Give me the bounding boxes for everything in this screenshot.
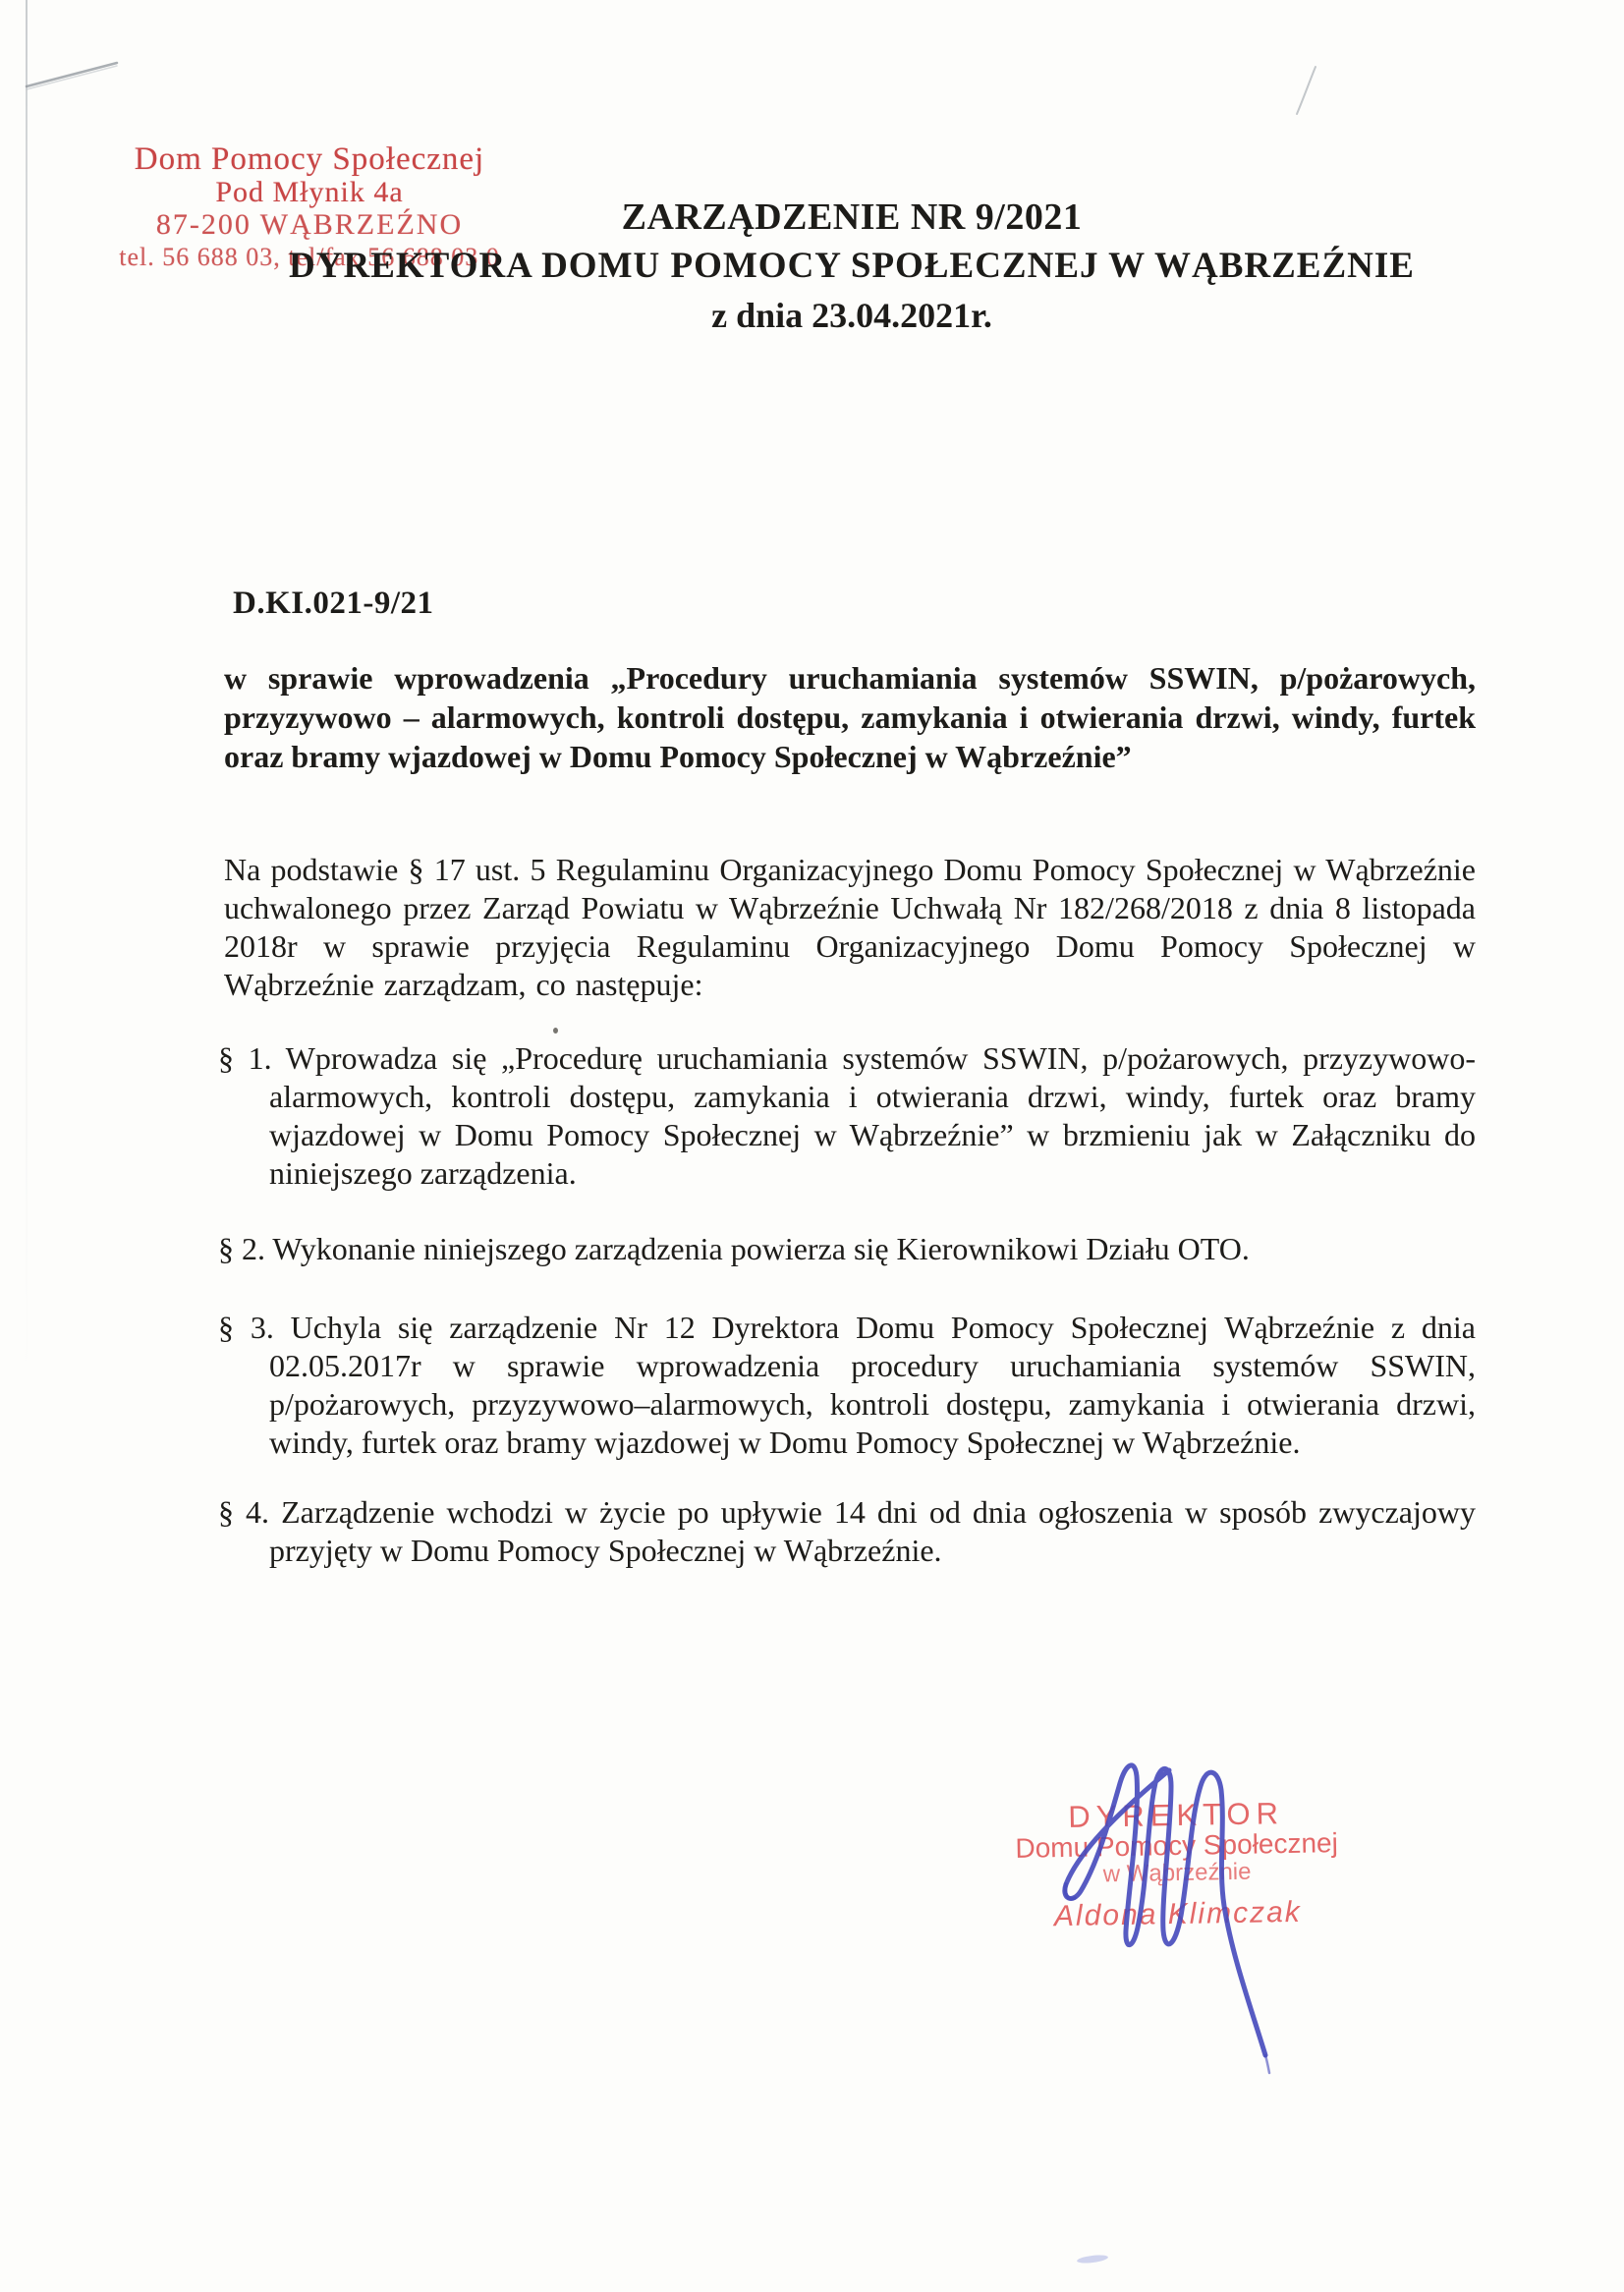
section-marker: § 3. bbox=[218, 1310, 291, 1345]
section-text: Wykonanie niniejszego zarządzenia powier… bbox=[272, 1231, 1249, 1266]
section-paragraph-3: § 3. Uchyla się zarządzenie Nr 12 Dyrekt… bbox=[218, 1309, 1476, 1462]
issuing-authority-title: DYREKTORA DOMU POMOCY SPOŁECZNEJ W WĄBRZ… bbox=[228, 242, 1476, 291]
section-text: Wprowadza się „Procedurę uruchamiania sy… bbox=[269, 1040, 1476, 1191]
director-stamp: DYREKTOR Domu Pomocy Społecznej w Wąbrze… bbox=[970, 1796, 1384, 1934]
reference-number: D.KI.021-9/21 bbox=[233, 586, 434, 622]
scan-edge-line bbox=[26, 0, 28, 1375]
section-marker: § 1. bbox=[218, 1040, 286, 1076]
document-heading: ZARZĄDZENIE NR 9/2021 DYREKTORA DOMU POM… bbox=[228, 193, 1476, 340]
director-stamp-name: Aldona Klimczak bbox=[972, 1894, 1385, 1934]
paperclip-mark bbox=[24, 57, 120, 90]
section-text: Zarządzenie wchodzi w życie po upływie 1… bbox=[269, 1494, 1476, 1568]
scanned-document-page: Dom Pomocy Społecznej Pod Młynik 4a 87-2… bbox=[0, 0, 1624, 2292]
pen-slash-mark bbox=[1293, 63, 1318, 118]
ink-speck bbox=[553, 1028, 558, 1034]
ink-smudge bbox=[1077, 2254, 1109, 2264]
section-paragraph-2: § 2. Wykonanie niniejszego zarządzenia p… bbox=[218, 1230, 1476, 1268]
subject-paragraph: w sprawie wprowadzenia „Procedury urucha… bbox=[224, 658, 1476, 776]
section-paragraph-4: § 4. Zarządzenie wchodzi w życie po upły… bbox=[218, 1493, 1476, 1570]
ordinance-date: z dnia 23.04.2021r. bbox=[228, 291, 1476, 340]
section-paragraph-1: § 1. Wprowadza się „Procedurę uruchamian… bbox=[218, 1039, 1476, 1193]
section-marker: § 2. bbox=[218, 1231, 272, 1266]
ordinance-number-title: ZARZĄDZENIE NR 9/2021 bbox=[228, 193, 1476, 242]
section-text: Uchyla się zarządzenie Nr 12 Dyrektora D… bbox=[269, 1310, 1476, 1460]
section-marker: § 4. bbox=[218, 1494, 281, 1530]
legal-basis-paragraph: Na podstawie § 17 ust. 5 Regulaminu Orga… bbox=[224, 851, 1476, 1004]
stamp-institution-name: Dom Pomocy Społecznej bbox=[91, 143, 528, 176]
